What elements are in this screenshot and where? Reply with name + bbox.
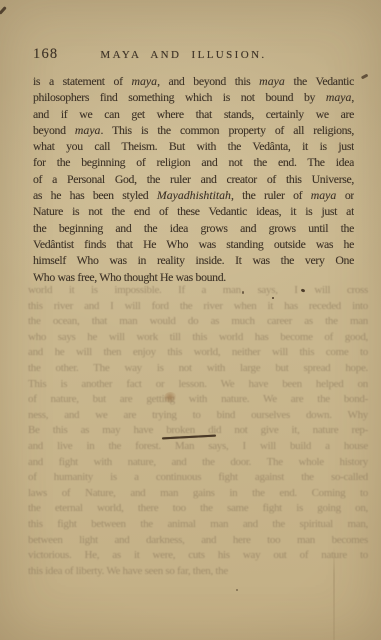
ghost-text-line: This is another fact or lesson. We have … (28, 377, 368, 393)
text-line: what you call Theism. But with the Vedân… (33, 138, 354, 154)
ghost-text-line: and fight with nature, and the door. The… (28, 455, 368, 471)
ghost-text-line: victorious. He, as it were, cuts his way… (28, 548, 368, 564)
book-page: 168 MAYA AND ILLUSION. is a statement of… (0, 0, 381, 640)
text-line: Vedântist finds that He Who was standing… (33, 236, 354, 252)
text-line: as he has been styled Mayadhishtitah, th… (33, 187, 354, 203)
text-line: of a Personal God, the ruler and creator… (33, 171, 354, 187)
ghost-text-line: the eternal world, there too the same fi… (28, 501, 368, 517)
edge-ink-mark (361, 74, 368, 79)
text-line: himself Who was in reality inside. It wa… (33, 252, 354, 268)
ghost-text-line: of humanity is a continuous fight agains… (28, 470, 368, 486)
show-through-text: world it is impossible. If a man says, I… (28, 283, 368, 579)
ghost-text-line: of nature, but are getting with nature. … (28, 392, 368, 408)
ghost-text-line: this river and I will ford the river whe… (28, 299, 368, 315)
ghost-text-line: and live in the forest. Man says, I will… (28, 439, 368, 455)
text-line: beyond maya. This is the common property… (33, 122, 354, 138)
text-line: Nature is not the end of these Vedantic … (33, 203, 354, 219)
ghost-text-line: who says he will work till this world ha… (28, 330, 368, 346)
ink-speck (236, 589, 238, 591)
text-line: Who was free, Who thought He was bound. (33, 269, 354, 285)
ink-speck (272, 297, 274, 299)
text-line: is a statement of maya, and beyond this … (33, 73, 354, 89)
ghost-text-line: and he will then enjoy this world, neith… (28, 345, 368, 361)
text-line: for the beginning of religion and not th… (33, 154, 354, 170)
paper-crease (333, 545, 335, 640)
running-title: MAYA AND ILLUSION. (0, 49, 367, 61)
ghost-text-line: this idea of liberty. We have seen so fa… (28, 564, 368, 580)
ghost-text-line: between light and darkness, and here too… (28, 533, 368, 549)
ghost-text-line: the other. The way is not with large but… (28, 361, 368, 377)
ghost-text-line: laws of Nature, and man gains in the end… (28, 486, 368, 502)
corner-ink-mark (0, 6, 6, 14)
text-line: and if we can get where that stands, cer… (33, 106, 354, 122)
main-paragraph: is a statement of maya, and beyond this … (33, 73, 354, 285)
paper-stain (164, 392, 177, 403)
text-line: philosophers find something which is not… (33, 89, 354, 105)
ghost-text-line: ness, and we are trying to bind ourselve… (28, 408, 368, 424)
text-line: the beginning and the idea grows and gro… (33, 220, 354, 236)
ghost-text-line: the ocean, that man would do as much car… (28, 314, 368, 330)
ghost-text-line: world it is impossible. If a man says, I… (28, 283, 368, 299)
ghost-text-line: this fight between the animal man and th… (28, 517, 368, 533)
ink-speck (242, 291, 244, 294)
